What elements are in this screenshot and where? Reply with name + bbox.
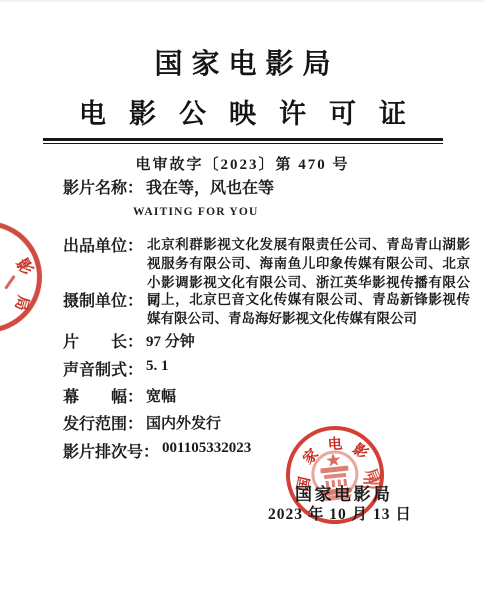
screen-width-label: 幕 幅： — [63, 384, 143, 407]
film-title-value: 我在等，风也在等 — [146, 175, 274, 198]
left-partial-seal: 影 局 — [0, 212, 51, 342]
field-filming-companies: 摄制单位： 同上，北京巴音文化传媒有限公司、青岛新锋影视传媒有限公司、青岛海好影… — [63, 288, 470, 328]
distribution-label: 发行范围： — [63, 411, 143, 434]
runtime-value: 97 分钟 — [146, 329, 195, 351]
screen-width-value: 宽幅 — [146, 384, 176, 406]
filming-value: 同上，北京巴音文化传媒有限公司、青岛新锋影视传媒有限公司、青岛海好影视文化传媒有… — [147, 288, 470, 328]
field-serial-number: 影片排次号： 001105332023 — [63, 439, 470, 462]
document-header: 国家电影局 电影公映许可证 电审故字〔2023〕第 470 号 — [0, 2, 485, 174]
distribution-value: 国内外发行 — [146, 411, 221, 433]
producers-label: 出品单位： — [63, 233, 143, 256]
agency-title: 国家电影局 — [0, 42, 485, 82]
sound-format-label: 声音制式： — [63, 357, 143, 380]
field-runtime: 片 长： 97 分钟 — [63, 329, 470, 352]
field-distribution: 发行范围： 国内外发行 — [63, 411, 470, 434]
double-rule-divider — [43, 138, 443, 144]
serial-number-value: 001105332023 — [162, 439, 251, 457]
field-sound-format: 声音制式： 5. 1 — [63, 357, 470, 380]
filming-label: 摄制单位： — [63, 288, 143, 311]
permit-title: 电影公映许可证 — [0, 92, 485, 131]
serial-number-label: 影片排次号： — [63, 439, 159, 462]
runtime-label: 片 长： — [63, 329, 143, 352]
film-title-english: WAITING FOR YOU — [133, 206, 259, 218]
field-film-title: 影片名称： 我在等，风也在等 — [63, 175, 470, 198]
seal-arc-char: 影 — [11, 253, 39, 279]
field-screen-width: 幕 幅： 宽幅 — [63, 384, 470, 407]
film-permit-document: 国家电影局 电影公映许可证 电审故字〔2023〕第 470 号 影片名称： 我在… — [0, 0, 485, 589]
sound-format-value: 5. 1 — [146, 357, 169, 375]
certificate-number: 电审故字〔2023〕第 470 号 — [0, 153, 485, 174]
seal-mark — [4, 275, 16, 290]
film-title-label: 影片名称： — [63, 175, 143, 198]
seal-arc-char: 局 — [10, 293, 34, 313]
issue-date: 2023 年 10 月 13 日 — [268, 502, 412, 524]
